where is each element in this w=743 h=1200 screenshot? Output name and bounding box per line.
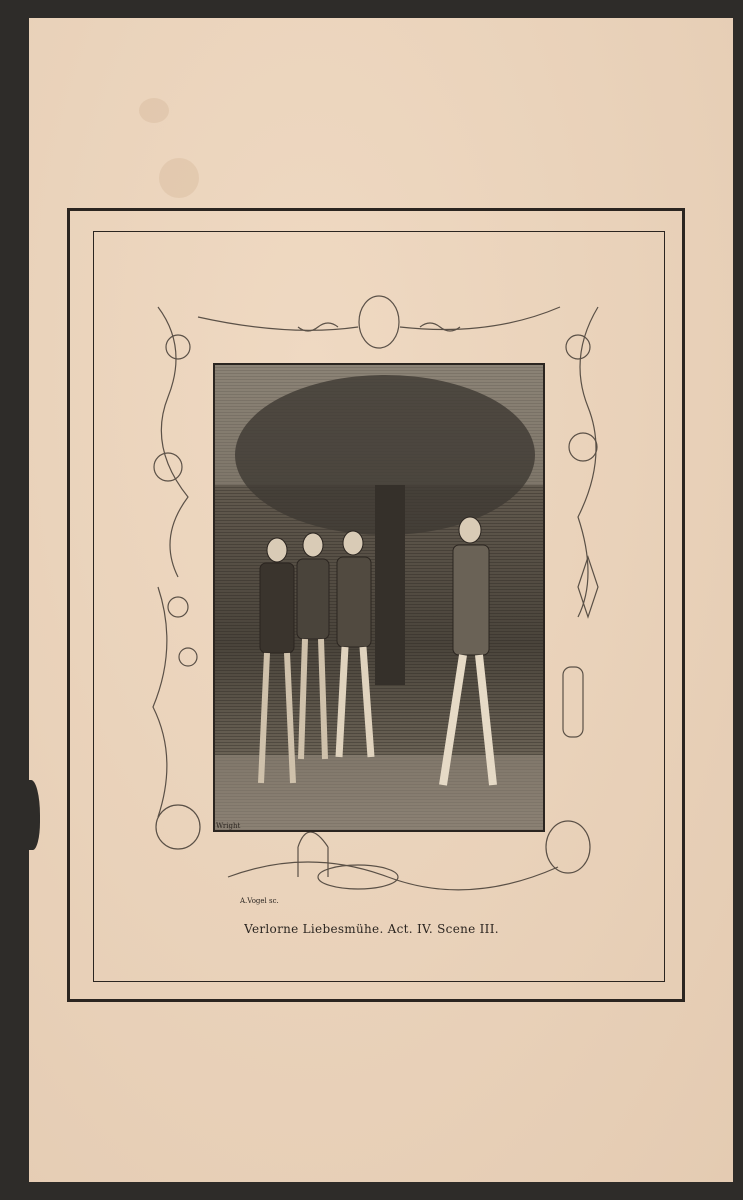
flower-icon [168,597,188,617]
foxing-stain [159,158,199,198]
cherub-icon [154,453,182,481]
artist-signature: Wright [216,822,240,830]
torch-hand-icon [563,667,583,737]
forest-scene-illustration [215,365,543,830]
print-caption: Verlorne Liebesmühe. Act. IV. Scene III. [0,922,743,936]
foxing-stain [139,98,169,123]
mask-icon [546,821,590,873]
bearded-face-icon [359,296,399,348]
demon-icon [566,335,590,359]
cherub-icon [156,805,200,849]
engraving-scene [213,363,545,832]
paper-tear [22,780,40,850]
grotesque-icon [569,433,597,461]
tree-trunk-icon [375,485,405,685]
engraver-signature: A.Vogel sc. [240,897,279,905]
laurel-wreath-icon [318,865,398,889]
angel-icon [166,335,190,359]
